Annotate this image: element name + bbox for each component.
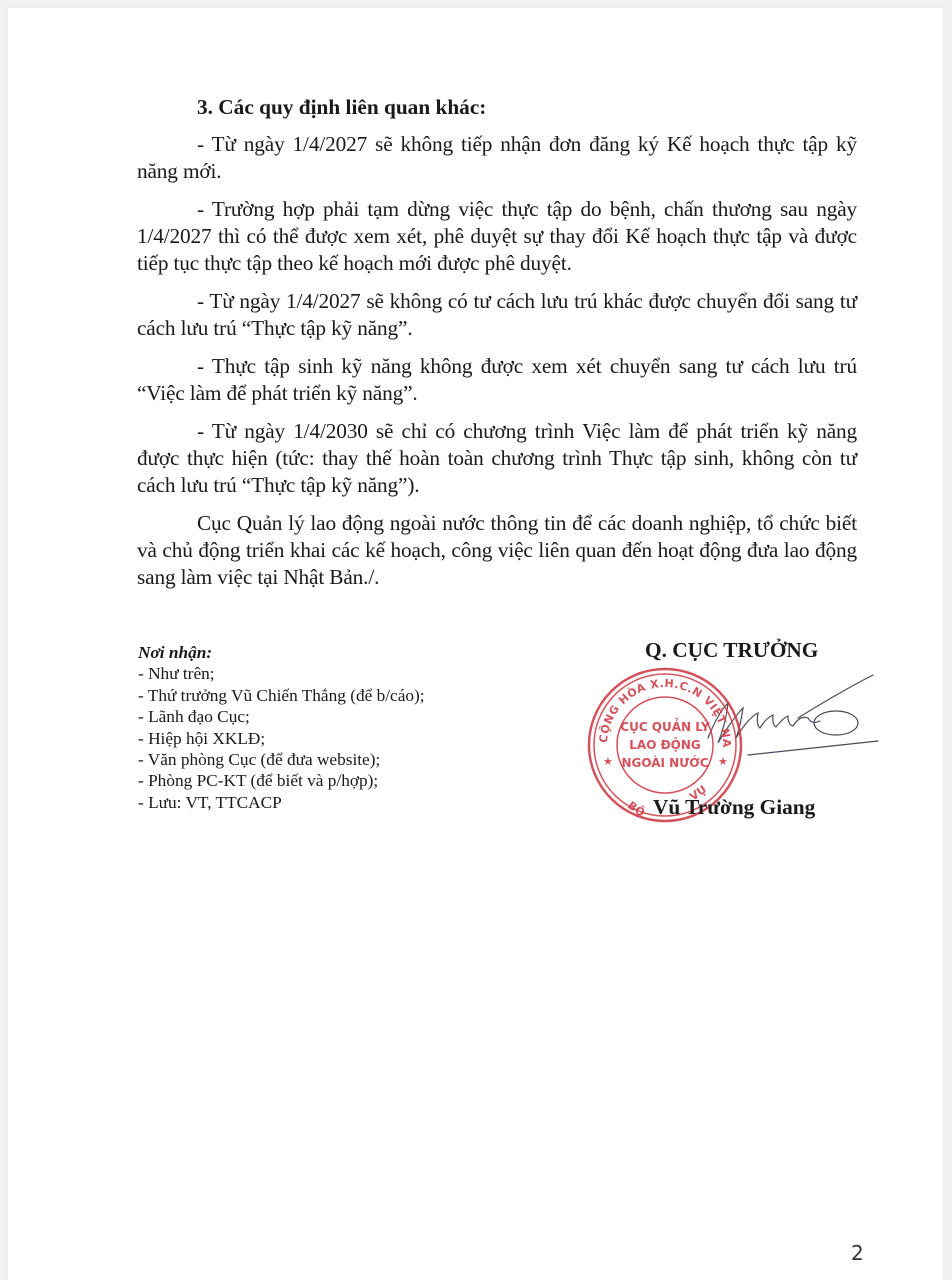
recipients-block: Nơi nhận: - Như trên; - Thứ trưởng Vũ Ch…	[138, 642, 425, 813]
recipient-item: - Thứ trưởng Vũ Chiến Thắng (để b/cáo);	[138, 685, 425, 706]
recipient-item: - Lãnh đạo Cục;	[138, 706, 425, 727]
stamp-star-left-icon: ★	[603, 755, 613, 768]
paragraph-4: - Thực tập sinh kỹ năng không được xem x…	[137, 353, 857, 407]
paragraph-1: - Từ ngày 1/4/2027 sẽ không tiếp nhận đơ…	[137, 131, 857, 185]
stamp-inner-line-2: LAO ĐỘNG	[629, 737, 700, 752]
section-heading: 3. Các quy định liên quan khác:	[137, 94, 857, 121]
stamp-inner-line-3: NGOÀI NƯỚC	[621, 755, 708, 770]
signer-name: Vũ Trường Giang	[653, 795, 815, 820]
stamp-star-right-icon: ★	[718, 755, 728, 768]
document-body: 3. Các quy định liên quan khác: - Từ ngà…	[137, 94, 857, 602]
recipient-item: - Lưu: VT, TTCACP	[138, 792, 425, 813]
svg-text:CỘNG HÒA X.H.C.N VIỆT NAM: CỘNG HÒA X.H.C.N VIỆT NAM	[585, 665, 733, 748]
recipients-list: - Như trên; - Thứ trưởng Vũ Chiến Thắng …	[138, 663, 425, 813]
stamp-outer-text: CỘNG HÒA X.H.C.N VIỆT NAM	[585, 665, 733, 748]
recipient-item: - Phòng PC-KT (để biết và p/hợp);	[138, 770, 425, 791]
recipient-item: - Hiệp hội XKLĐ;	[138, 728, 425, 749]
paragraph-2: - Trường hợp phải tạm dừng việc thực tập…	[137, 196, 857, 277]
recipients-title: Nơi nhận:	[138, 642, 425, 663]
recipient-item: - Văn phòng Cục (để đưa website);	[138, 749, 425, 770]
document-page: 3. Các quy định liên quan khác: - Từ ngà…	[8, 8, 943, 1280]
page-number: 2	[851, 1241, 864, 1265]
paragraph-5: - Từ ngày 1/4/2030 sẽ chỉ có chương trìn…	[137, 418, 857, 499]
signer-title: Q. CỤC TRƯỞNG	[645, 638, 818, 663]
stamp-inner-line-1: CỤC QUẢN LÝ	[620, 718, 710, 734]
paragraph-3: - Từ ngày 1/4/2027 sẽ không có tư cách l…	[137, 288, 857, 342]
closing-paragraph: Cục Quản lý lao động ngoài nước thông ti…	[137, 510, 857, 591]
recipient-item: - Như trên;	[138, 663, 425, 684]
stamp-bottom-left: BỘ	[625, 799, 647, 820]
